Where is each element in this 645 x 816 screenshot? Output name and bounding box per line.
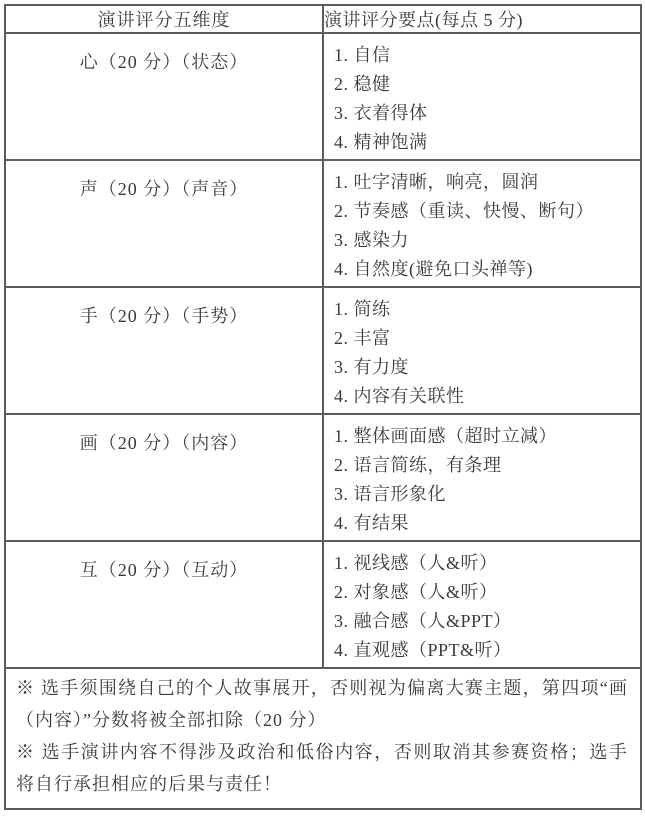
table-row: 手（20 分）（手势） 1. 简练 2. 丰富 3. 有力度 4. 内容有关联性 bbox=[5, 287, 641, 414]
point-item: 3. 有力度 bbox=[334, 353, 636, 382]
point-item: 2. 对象感（人&听） bbox=[334, 578, 636, 607]
table-row: 互（20 分）（互动） 1. 视线感（人&听） 2. 对象感（人&听） 3. 融… bbox=[5, 541, 641, 668]
point-item: 1. 整体画面感（超时立减） bbox=[334, 422, 636, 451]
points-cell: 1. 自信 2. 稳健 3. 衣着得体 4. 精神饱满 bbox=[323, 33, 641, 160]
points-cell: 1. 整体画面感（超时立减） 2. 语言简练，有条理 3. 语言形象化 4. 有… bbox=[323, 414, 641, 541]
note-paragraph: ※ 选手演讲内容不得涉及政治和低俗内容，否则取消其参赛资格；选手将自行承担相应的… bbox=[16, 736, 628, 800]
point-item: 2. 稳健 bbox=[334, 70, 636, 99]
point-item: 2. 语言简练，有条理 bbox=[334, 451, 636, 480]
point-item: 4. 精神饱满 bbox=[334, 128, 636, 157]
point-item: 3. 衣着得体 bbox=[334, 99, 636, 128]
point-item: 2. 节奏感（重读、快慢、断句） bbox=[334, 197, 636, 226]
point-item: 3. 感染力 bbox=[334, 226, 636, 255]
points-cell: 1. 简练 2. 丰富 3. 有力度 4. 内容有关联性 bbox=[323, 287, 641, 414]
point-item: 3. 语言形象化 bbox=[334, 480, 636, 509]
table-row: 心（20 分）（状态） 1. 自信 2. 稳健 3. 衣着得体 4. 精神饱满 bbox=[5, 33, 641, 160]
speech-scoring-table: 演讲评分五维度 演讲评分要点(每点 5 分) 心（20 分）（状态） 1. 自信… bbox=[4, 4, 642, 810]
point-item: 4. 自然度(避免口头禅等) bbox=[334, 255, 636, 284]
points-cell: 1. 吐字清晰，响亮，圆润 2. 节奏感（重读、快慢、断句） 3. 感染力 4.… bbox=[323, 160, 641, 287]
dimension-cell: 心（20 分）（状态） bbox=[5, 33, 323, 160]
dimension-cell: 手（20 分）（手势） bbox=[5, 287, 323, 414]
point-item: 2. 丰富 bbox=[334, 324, 636, 353]
header-points-column: 演讲评分要点(每点 5 分) bbox=[323, 5, 641, 33]
table-row: 画（20 分）（内容） 1. 整体画面感（超时立减） 2. 语言简练，有条理 3… bbox=[5, 414, 641, 541]
point-item: 3. 融合感（人&PPT） bbox=[334, 607, 636, 636]
table-notes-row: ※ 选手须围绕自己的个人故事展开，否则视为偏离大赛主题，第四项“画（内容）”分数… bbox=[5, 668, 641, 809]
note-paragraph: ※ 选手须围绕自己的个人故事展开，否则视为偏离大赛主题，第四项“画（内容）”分数… bbox=[16, 672, 628, 736]
point-item: 4. 直观感（PPT&听） bbox=[334, 636, 636, 665]
dimension-cell: 声（20 分）（声音） bbox=[5, 160, 323, 287]
point-item: 1. 视线感（人&听） bbox=[334, 549, 636, 578]
point-item: 1. 简练 bbox=[334, 295, 636, 324]
point-item: 1. 吐字清晰，响亮，圆润 bbox=[334, 168, 636, 197]
document-page: 演讲评分五维度 演讲评分要点(每点 5 分) 心（20 分）（状态） 1. 自信… bbox=[0, 0, 645, 816]
header-dimension-column: 演讲评分五维度 bbox=[5, 5, 323, 33]
point-item: 1. 自信 bbox=[334, 41, 636, 70]
notes-cell: ※ 选手须围绕自己的个人故事展开，否则视为偏离大赛主题，第四项“画（内容）”分数… bbox=[5, 668, 641, 809]
table-row: 声（20 分）（声音） 1. 吐字清晰，响亮，圆润 2. 节奏感（重读、快慢、断… bbox=[5, 160, 641, 287]
dimension-cell: 互（20 分）（互动） bbox=[5, 541, 323, 668]
dimension-cell: 画（20 分）（内容） bbox=[5, 414, 323, 541]
point-item: 4. 有结果 bbox=[334, 509, 636, 538]
table-header-row: 演讲评分五维度 演讲评分要点(每点 5 分) bbox=[5, 5, 641, 33]
point-item: 4. 内容有关联性 bbox=[334, 382, 636, 411]
points-cell: 1. 视线感（人&听） 2. 对象感（人&听） 3. 融合感（人&PPT） 4.… bbox=[323, 541, 641, 668]
